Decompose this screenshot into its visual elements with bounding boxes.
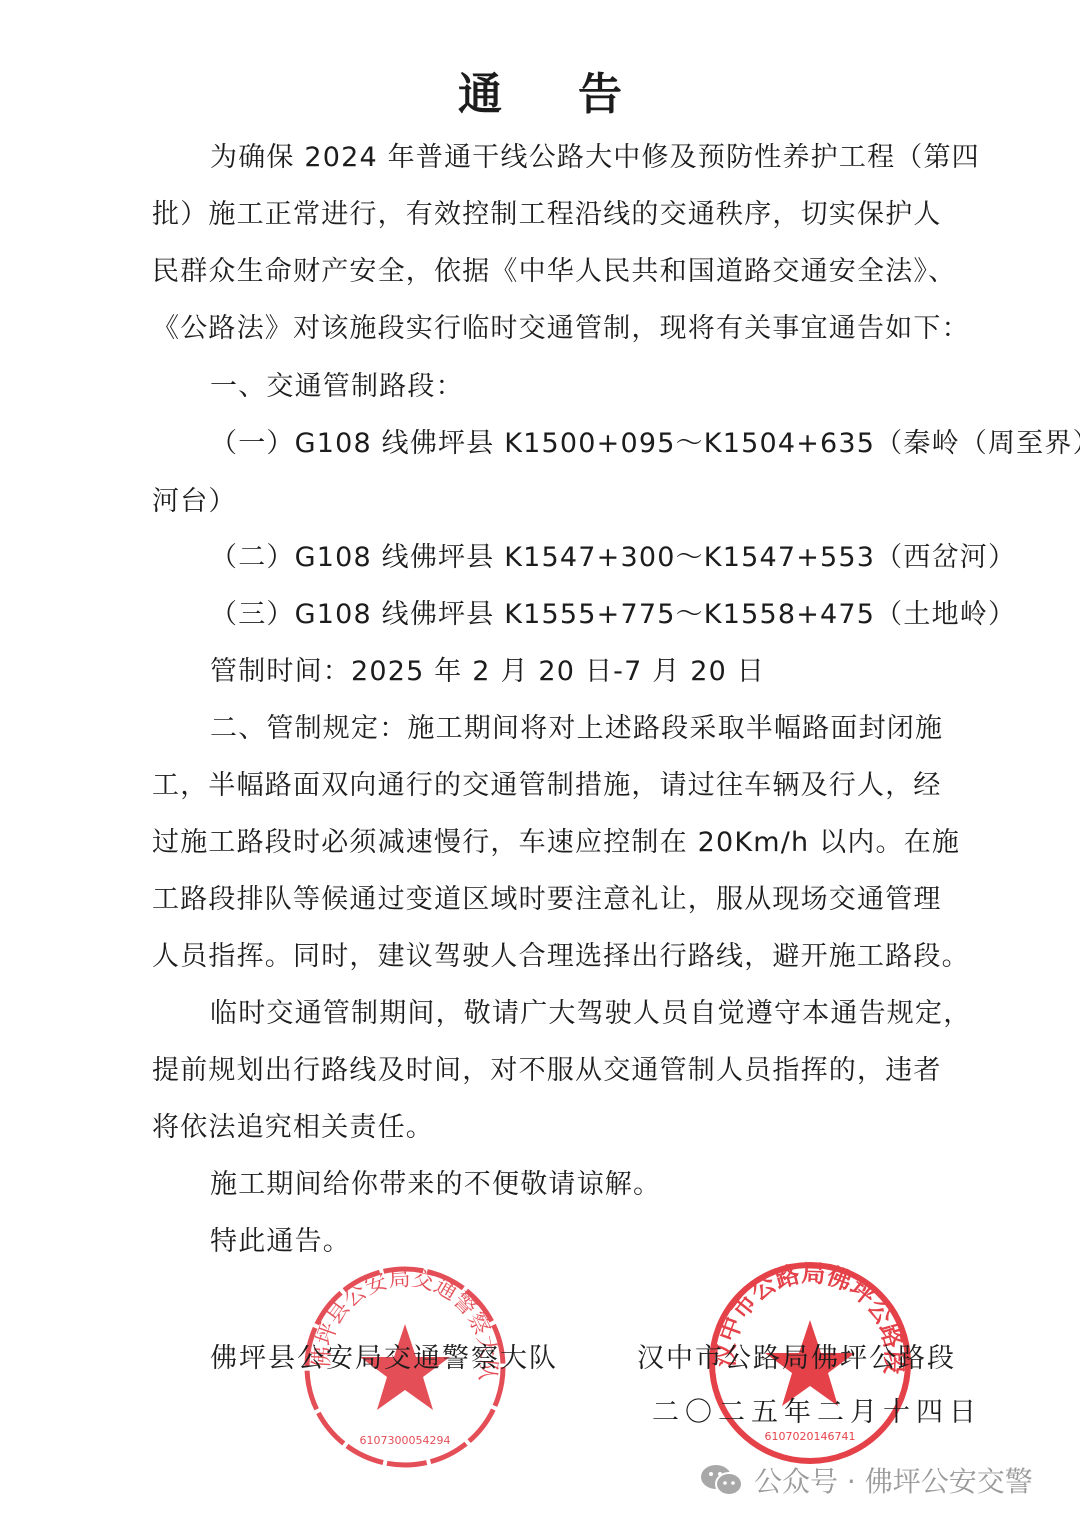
segment-1-cont: 河台） xyxy=(152,484,972,520)
segment-2: （二）G108 线佛坪县 K1547+300～K1547+553（西岔河） xyxy=(210,540,1030,576)
text-line: 过施工路段时必须减速慢行，车速应控制在 20Km/h 以内。在施 xyxy=(152,825,972,861)
signature-police: 佛坪县公安局交通警察大队 xyxy=(210,1336,558,1375)
text-line: 民群众生命财产安全，依据《中华人民共和国道路交通安全法》、 xyxy=(152,254,972,290)
section1-heading: 一、交通管制路段： xyxy=(210,369,1030,405)
svg-text:6107300054294: 6107300054294 xyxy=(360,1434,451,1447)
segment-1: （一）G108 线佛坪县 K1500+095～K1504+635（秦岭（周至界）… xyxy=(210,426,1030,462)
text-line: 提前规划出行路线及时间，对不服从交通管制人员指挥的，违者 xyxy=(152,1053,972,1089)
signature-highway: 汉中市公路局佛坪公路段 xyxy=(637,1336,956,1375)
wechat-watermark: 公众号 · 佛坪公安交警 xyxy=(700,1460,1033,1500)
apology-text: 施工期间给你带来的不便敬请谅解。 xyxy=(210,1167,1030,1203)
title-char-2: 告 xyxy=(578,58,622,122)
text-line: 二、管制规定：施工期间将对上述路段采取半幅路面封闭施 xyxy=(210,711,1030,747)
segment-3: （三）G108 线佛坪县 K1555+775～K1558+475（土地岭） xyxy=(210,597,1030,633)
text-line: 工路段排队等候通过变道区域时要注意礼让，服从现场交通管理 xyxy=(152,882,972,918)
notice-title: 通告 xyxy=(0,58,1080,122)
text-line: 工，半幅路面双向通行的交通管制措施，请过往车辆及行人，经 xyxy=(152,768,972,804)
text-line: 为确保 2024 年普通干线公路大中修及预防性养护工程（第四 xyxy=(210,140,1030,176)
text-line: 《公路法》对该施段实行临时交通管制，现将有关事宜通告如下： xyxy=(152,311,972,347)
text-line: 将依法追究相关责任。 xyxy=(152,1110,972,1146)
signature-date: 二〇二五年二月十四日 xyxy=(652,1390,982,1429)
svg-text:6107020146741: 6107020146741 xyxy=(765,1430,856,1443)
text-line: 人员指挥。同时，建议驾驶人合理选择出行路线，避开施工路段。 xyxy=(152,939,972,975)
text-line: 批）施工正常进行，有效控制工程沿线的交通秩序，切实保护人 xyxy=(152,197,972,233)
control-time: 管制时间：2025 年 2 月 20 日-7 月 20 日 xyxy=(210,654,1030,690)
watermark-text: 公众号 · 佛坪公安交警 xyxy=(754,1460,1033,1500)
wechat-icon xyxy=(700,1463,744,1497)
ending-text: 特此通告。 xyxy=(210,1224,1030,1260)
text-line: 临时交通管制期间，敬请广大驾驶人员自觉遵守本通告规定， xyxy=(210,996,1030,1032)
title-char-1: 通 xyxy=(458,58,502,122)
